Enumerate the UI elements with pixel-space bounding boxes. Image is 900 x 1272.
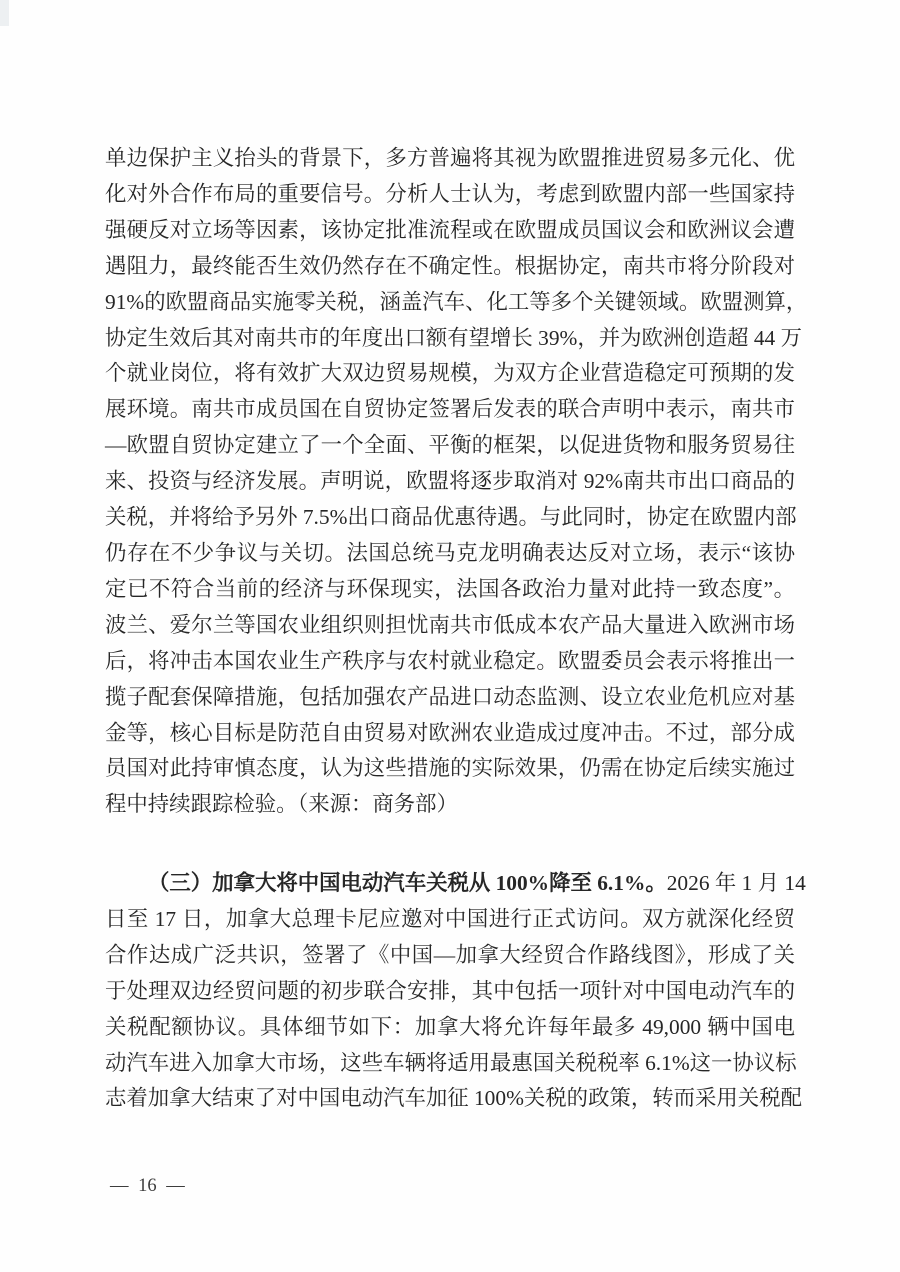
text-line: 志着加拿大结束了对中国电动汽车加征 100%关税的政策，转而采用关税配 — [105, 1081, 795, 1117]
section-heading-tail: 2026 年 1 月 14 — [667, 871, 806, 895]
text-line-source-note: 程中持续跟踪检验。（来源：商务部） — [105, 787, 795, 823]
text-line: 关税配额协议。具体细节如下：加拿大将允许每年最多 49,000 辆中国电 — [105, 1010, 795, 1046]
text-line: 强硬反对立场等因素，该协定批准流程或在欧盟成员国议会和欧洲议会遭 — [105, 213, 795, 249]
text-line-heading: （三）加拿大将中国电动汽车关税从 100%降至 6.1%。2026 年 1 月 … — [105, 866, 795, 902]
text-line: 协定生效后其对南共市的年度出口额有望增长 39%，并为欧洲创造超 44 万 — [105, 321, 795, 357]
text-line: 合作达成广泛共识，签署了《中国—加拿大经贸合作路线图》，形成了关 — [105, 938, 795, 974]
document-page: 单边保护主义抬头的背景下，多方普遍将其视为欧盟推进贸易多元化、优 化对外合作布局… — [0, 0, 900, 1272]
text-line: 动汽车进入加拿大市场，这些车辆将适用最惠国关税税率 6.1%这一协议标 — [105, 1046, 795, 1082]
text-line: 仍存在不少争议与关切。法国总统马克龙明确表达反对立场，表示“该协 — [105, 536, 795, 572]
text-line: 单边保护主义抬头的背景下，多方普遍将其视为欧盟推进贸易多元化、优 — [105, 141, 795, 177]
text-line: 来、投资与经济发展。声明说，欧盟将逐步取消对 92%南共市出口商品的 — [105, 464, 795, 500]
text-line: 后，将冲击本国农业生产秩序与农村就业稳定。欧盟委员会表示将推出一 — [105, 644, 795, 680]
text-line: 展环境。南共市成员国在自贸协定签署后发表的联合声明中表示，南共市 — [105, 392, 795, 428]
text-line: 员国对此持审慎态度，认为这些措施的实际效果，仍需在协定后续实施过 — [105, 751, 795, 787]
text-line: 日至 17 日，加拿大总理卡尼应邀对中国进行正式访问。双方就深化经贸 — [105, 902, 795, 938]
text-line: 波兰、爱尔兰等国农业组织则担忧南共市低成本农产品大量进入欧洲市场 — [105, 608, 795, 644]
scan-artifact — [0, 0, 9, 26]
page-number: — 16 — — [110, 1174, 185, 1198]
paragraph-canada-ev-tariff: （三）加拿大将中国电动汽车关税从 100%降至 6.1%。2026 年 1 月 … — [105, 866, 795, 1117]
text-line: 个就业岗位，将有效扩大双边贸易规模，为双方企业营造稳定可预期的发 — [105, 356, 795, 392]
text-line: 关税，并将给予另外 7.5%出口商品优惠待遇。与此同时，协定在欧盟内部 — [105, 500, 795, 536]
text-line: 金等，核心目标是防范自由贸易对欧洲农业造成过度冲击。不过，部分成 — [105, 716, 795, 752]
text-line: 揽子配套保障措施，包括加强农产品进口动态监测、设立农业危机应对基 — [105, 680, 795, 716]
text-line: 91%的欧盟商品实施零关税，涵盖汽车、化工等多个关键领域。欧盟测算， — [105, 285, 795, 321]
text-line: —欧盟自贸协定建立了一个全面、平衡的框架，以促进货物和服务贸易往 — [105, 428, 795, 464]
text-line: 遇阻力，最终能否生效仍然存在不确定性。根据协定，南共市将分阶段对 — [105, 249, 795, 285]
section-heading: （三）加拿大将中国电动汽车关税从 100%降至 6.1%。 — [148, 871, 667, 895]
text-line: 于处理双边经贸问题的初步联合安排，其中包括一项针对中国电动汽车的 — [105, 974, 795, 1010]
paragraph-eu-mercosur-trade: 单边保护主义抬头的背景下，多方普遍将其视为欧盟推进贸易多元化、优 化对外合作布局… — [105, 141, 795, 823]
text-line: 化对外合作布局的重要信号。分析人士认为，考虑到欧盟内部一些国家持 — [105, 177, 795, 213]
text-line: 定已不符合当前的经济与环保现实，法国各政治力量对此持一致态度”。 — [105, 572, 795, 608]
